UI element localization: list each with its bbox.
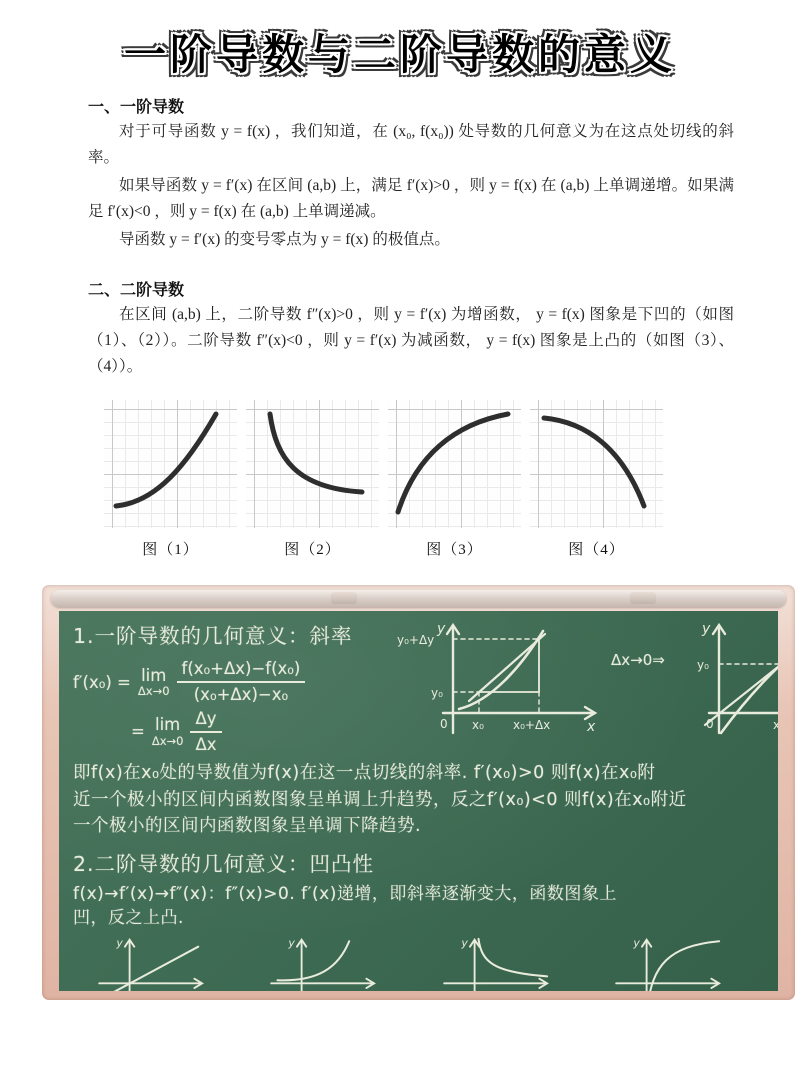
fraction-denominator: Δx <box>190 733 221 755</box>
section1-paragraph-2: 如果导函数 y = f′(x) 在区间 (a,b) 上，满足 f′(x)>0 ，… <box>88 173 734 225</box>
fraction-denominator: (x₀+Δx)−x₀ <box>177 683 306 705</box>
x-axis-label: x <box>586 719 596 735</box>
whiteboard-rail <box>51 590 786 607</box>
section1-paragraph-1: 对于可导函数 y = f(x) ，我们知道，在 (x₀, f(x₀)) 处导数的… <box>88 119 734 171</box>
figure-caption-row: 图（1） 图（2） 图（3） 图（4） <box>104 538 800 559</box>
y-axis-label: y <box>632 936 640 949</box>
figure-1-caption: 图（1） <box>104 538 237 559</box>
fraction-numerator: f(x₀+Δx)−f(x₀) <box>177 659 306 683</box>
board-paragraph-1-line2: 近一个极小的区间内函数图象呈单调上升趋势，反之f′(x₀)<0 则f(x)在x₀… <box>73 787 766 813</box>
figure-3-graph <box>388 400 521 528</box>
board-heading-2: 2.二阶导数的几何意义：凹凸性 <box>73 847 766 877</box>
concave-up-decreasing-curve-sketch: y x <box>418 935 578 991</box>
origin-label: 0 <box>706 717 714 731</box>
concavity-sketch-concave-up-decreasing: y x f″(x)>0. f(x)上凹 <box>418 935 590 991</box>
difference-quotient-fraction: f(x₀+Δx)−f(x₀) (x₀+Δx)−x₀ <box>177 659 306 705</box>
y-axis-label: y <box>701 621 711 637</box>
figure-4-caption: 图（4） <box>530 538 663 559</box>
board-paragraph-1: 即f(x)在x₀处的导数值为f(x)在这一点切线的斜率. f′(x₀)>0 则f… <box>73 760 766 839</box>
figure-2-curve <box>246 400 379 528</box>
figure-1-curve <box>104 400 237 528</box>
blackboard-photo: 1.一阶导数的几何意义：斜率 f′(x₀) = lim Δx→0 f(x₀+Δx… <box>42 585 795 1000</box>
y0-label: y₀ <box>697 658 709 672</box>
section2-paragraph-1: 在区间 (a,b) 上，二阶导数 f″(x)>0 ，则 y = f′(x) 为增… <box>88 302 734 380</box>
board-heading-1: 1.一阶导数的几何意义：斜率 <box>73 619 395 649</box>
board-sketch-pair: y y₀+Δy y₀ 0 x₀ x₀+Δx x Δx→0⇒ <box>395 617 778 754</box>
document-body: 一、一阶导数 对于可导函数 y = f(x) ，我们知道，在 (x₀, f(x₀… <box>88 94 734 380</box>
y0-label: y₀ <box>431 686 443 700</box>
x0-label: x₀ <box>472 718 484 732</box>
dy-dx-fraction: Δy Δx <box>190 709 221 755</box>
board-derivative-block: 1.一阶导数的几何意义：斜率 f′(x₀) = lim Δx→0 f(x₀+Δx… <box>73 619 395 754</box>
derivative-limit-formula-line2: = lim Δx→0 Δy Δx <box>131 709 395 755</box>
figure-2-graph <box>246 400 379 528</box>
x-axis-label: x <box>707 989 715 992</box>
figure-4-curve <box>530 400 663 528</box>
equals-sign: = <box>131 722 145 741</box>
section2-heading: 二、二阶导数 <box>88 277 734 300</box>
lim-word: lim <box>141 667 166 684</box>
concavity-sketch-line: y x f″(x)=0. f(x)为直线. <box>73 935 245 991</box>
delta-x-to-zero-note: Δx→0⇒ <box>611 651 665 669</box>
page-title: 一阶导数与二阶导数的意义 <box>0 22 800 82</box>
lim-word: lim <box>155 716 180 733</box>
worksheet-page: 一阶导数与二阶导数的意义 一、一阶导数 对于可导函数 y = f(x) ，我们知… <box>0 0 800 1067</box>
figure-row <box>104 400 800 528</box>
x0-plus-dx-label: x₀+Δx <box>513 718 550 732</box>
board-paragraph-2-line1: f(x)→f′(x)→f″(x)：f″(x)>0. f′(x)递增，即斜率逐渐变… <box>73 883 766 907</box>
board-paragraph-1-line1: 即f(x)在x₀处的导数值为f(x)在这一点切线的斜率. f′(x₀)>0 则f… <box>73 760 766 786</box>
chalkboard: 1.一阶导数的几何意义：斜率 f′(x₀) = lim Δx→0 f(x₀+Δx… <box>59 611 778 991</box>
tangent-line-sketch: y y₀ 0 x₀ x <box>669 617 778 741</box>
straight-line-sketch: y x <box>73 935 233 991</box>
figure-4-graph <box>530 400 663 528</box>
y-axis-label: y <box>460 936 468 949</box>
y0-plus-dy-label: y₀+Δy <box>397 633 434 647</box>
x-axis-label: x <box>190 989 198 992</box>
derivative-limit-formula: f′(x₀) = lim Δx→0 f(x₀+Δx)−f(x₀) (x₀+Δx)… <box>73 659 395 705</box>
figure-2-caption: 图（2） <box>246 538 379 559</box>
board-row-1: 1.一阶导数的几何意义：斜率 f′(x₀) = lim Δx→0 f(x₀+Δx… <box>73 619 766 754</box>
board-concavity-sketch-row: y x f″(x)=0. f(x)为直线. y x f <box>73 935 766 991</box>
concavity-sketch-concave-up-increasing: y x f″(x)>0, f(x)上凹. <box>245 935 417 991</box>
origin-label: 0 <box>440 717 448 731</box>
y-axis-label: y <box>288 936 296 949</box>
figure-3-curve <box>388 400 521 528</box>
concave-up-curve-sketch: y x <box>245 935 405 991</box>
limit-operator: lim Δx→0 <box>138 667 170 697</box>
rail-clip <box>331 592 357 604</box>
lim-subscript: Δx→0 <box>152 735 184 747</box>
fraction-numerator: Δy <box>190 709 221 733</box>
rail-clip <box>630 592 656 604</box>
concavity-sketch-concave-down: y x f″(x)<0. f(x)上凸. <box>590 935 762 991</box>
secant-line-sketch: y y₀+Δy y₀ 0 x₀ x₀+Δx x <box>395 617 607 741</box>
x-axis-label: x <box>535 989 543 992</box>
section1-paragraph-3: 导函数 y = f′(x) 的变号零点为 y = f(x) 的极值点。 <box>88 227 734 253</box>
lim-subscript: Δx→0 <box>138 685 170 697</box>
y-axis-label: y <box>115 936 123 949</box>
section1-heading: 一、一阶导数 <box>88 94 734 117</box>
board-paragraph-2-line2: 凹，反之上凸. <box>73 907 766 931</box>
x0-label: x₀ <box>773 718 778 732</box>
limit-operator: lim Δx→0 <box>152 716 184 746</box>
figure-1-graph <box>104 400 237 528</box>
x-axis-label: x <box>362 989 370 992</box>
figure-3-caption: 图（3） <box>388 538 521 559</box>
concave-down-curve-sketch: y x <box>590 935 750 991</box>
y-axis-label: y <box>436 621 446 637</box>
board-paragraph-2: f(x)→f′(x)→f″(x)：f″(x)>0. f′(x)递增，即斜率逐渐变… <box>73 883 766 931</box>
formula-lhs: f′(x₀) = <box>73 673 131 692</box>
board-paragraph-1-line3: 一个极小的区间内函数图象呈单调下降趋势. <box>73 813 766 839</box>
